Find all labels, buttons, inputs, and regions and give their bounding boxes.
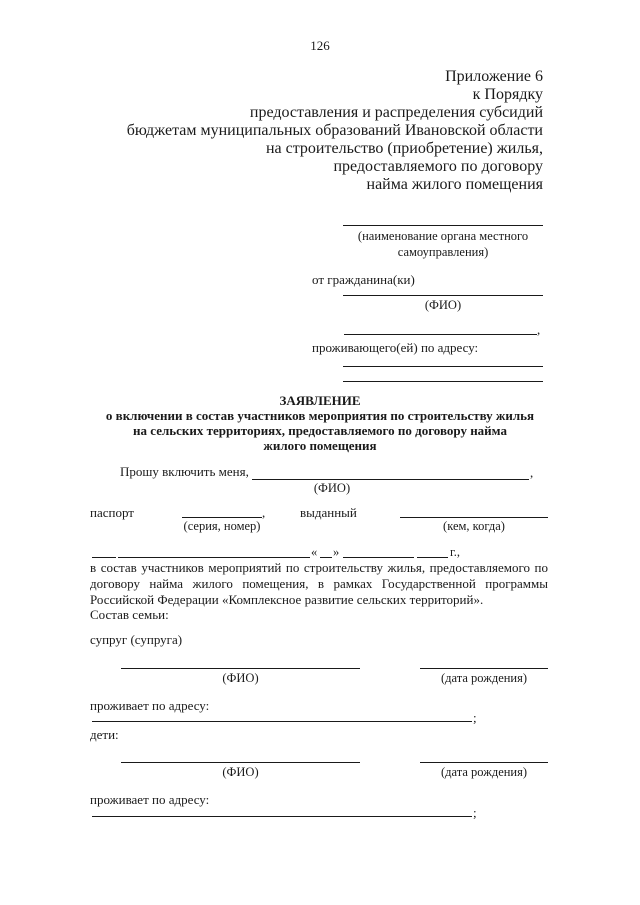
- appendix-line-7: найма жилого помещения: [367, 176, 544, 194]
- passport-issuer-caption: (кем, когда): [400, 519, 548, 534]
- passport-label: паспорт: [90, 505, 134, 521]
- close-quote: »: [333, 545, 339, 560]
- citizen-address-field-2[interactable]: [343, 381, 543, 382]
- child-dob-field[interactable]: [420, 762, 548, 763]
- request-suffix: ,: [530, 465, 533, 481]
- title-line-3: жилого помещения: [0, 438, 640, 454]
- child-address-label: проживает по адресу:: [90, 792, 209, 808]
- body-paragraph: в состав участников мероприятий по строи…: [90, 560, 548, 608]
- applicant-fio-caption: (ФИО): [252, 481, 412, 496]
- organ-caption-2: самоуправления): [343, 245, 543, 260]
- year-field[interactable]: [417, 557, 448, 558]
- title-line-1: о включении в состав участников мероприя…: [0, 408, 640, 424]
- passport-issuer-field[interactable]: [400, 517, 548, 518]
- open-quote: «: [311, 545, 317, 560]
- appendix-line-3: предоставления и распределения субсидий: [250, 104, 543, 122]
- spouse-dob-field[interactable]: [420, 668, 548, 669]
- citizen-address-field-1[interactable]: [343, 366, 543, 367]
- organ-name-field[interactable]: [343, 225, 543, 226]
- children-label: дети:: [90, 727, 119, 743]
- request-prefix: Прошу включить меня,: [120, 464, 249, 480]
- spouse-semicolon: ;: [473, 710, 477, 726]
- appendix-line-5: на строительство (приобретение) жилья,: [266, 140, 543, 158]
- spouse-fio-caption: (ФИО): [121, 671, 360, 686]
- spouse-address-label: проживает по адресу:: [90, 698, 209, 714]
- year-suffix: г.,: [450, 545, 460, 560]
- passport-series-field[interactable]: [182, 517, 262, 518]
- title-line-2: на сельских территориях, предоставляемог…: [0, 423, 640, 439]
- day-field[interactable]: [320, 557, 332, 558]
- appendix-line-2: к Порядку: [473, 86, 543, 104]
- document-title: ЗАЯВЛЕНИЕ: [0, 393, 640, 409]
- month-field[interactable]: [343, 557, 414, 558]
- spouse-label: супруг (супруга): [90, 632, 182, 648]
- appendix-line-6: предоставляемого по договору: [333, 158, 543, 176]
- spouse-fio-field[interactable]: [121, 668, 360, 669]
- date-field-b[interactable]: [118, 557, 310, 558]
- address-label: проживающего(ей) по адресу:: [312, 340, 478, 356]
- citizen-fio-field[interactable]: [343, 295, 543, 296]
- appendix-line-1: Приложение 6: [445, 68, 543, 86]
- child-fio-caption: (ФИО): [121, 765, 360, 780]
- issued-label: выданный: [300, 505, 357, 521]
- spouse-dob-caption: (дата рождения): [420, 671, 548, 686]
- applicant-fio-field[interactable]: [252, 479, 529, 480]
- comma: ,: [537, 322, 540, 338]
- citizen-fio-caption: (ФИО): [343, 298, 543, 313]
- child-dob-caption: (дата рождения): [420, 765, 548, 780]
- child-semicolon: ;: [473, 805, 477, 821]
- citizen-extra-field[interactable]: [344, 334, 537, 335]
- date-field-a[interactable]: [92, 557, 116, 558]
- spouse-address-field[interactable]: [92, 721, 472, 722]
- from-citizen-label: от гражданина(ки): [312, 272, 415, 288]
- organ-caption-1: (наименование органа местного: [343, 229, 543, 244]
- child-fio-field[interactable]: [121, 762, 360, 763]
- family-label: Состав семьи:: [90, 607, 169, 623]
- passport-series-caption: (серия, номер): [172, 519, 272, 534]
- page-number: 126: [0, 38, 640, 54]
- child-address-field[interactable]: [92, 816, 472, 817]
- appendix-line-4: бюджетам муниципальных образований Ивано…: [127, 122, 543, 140]
